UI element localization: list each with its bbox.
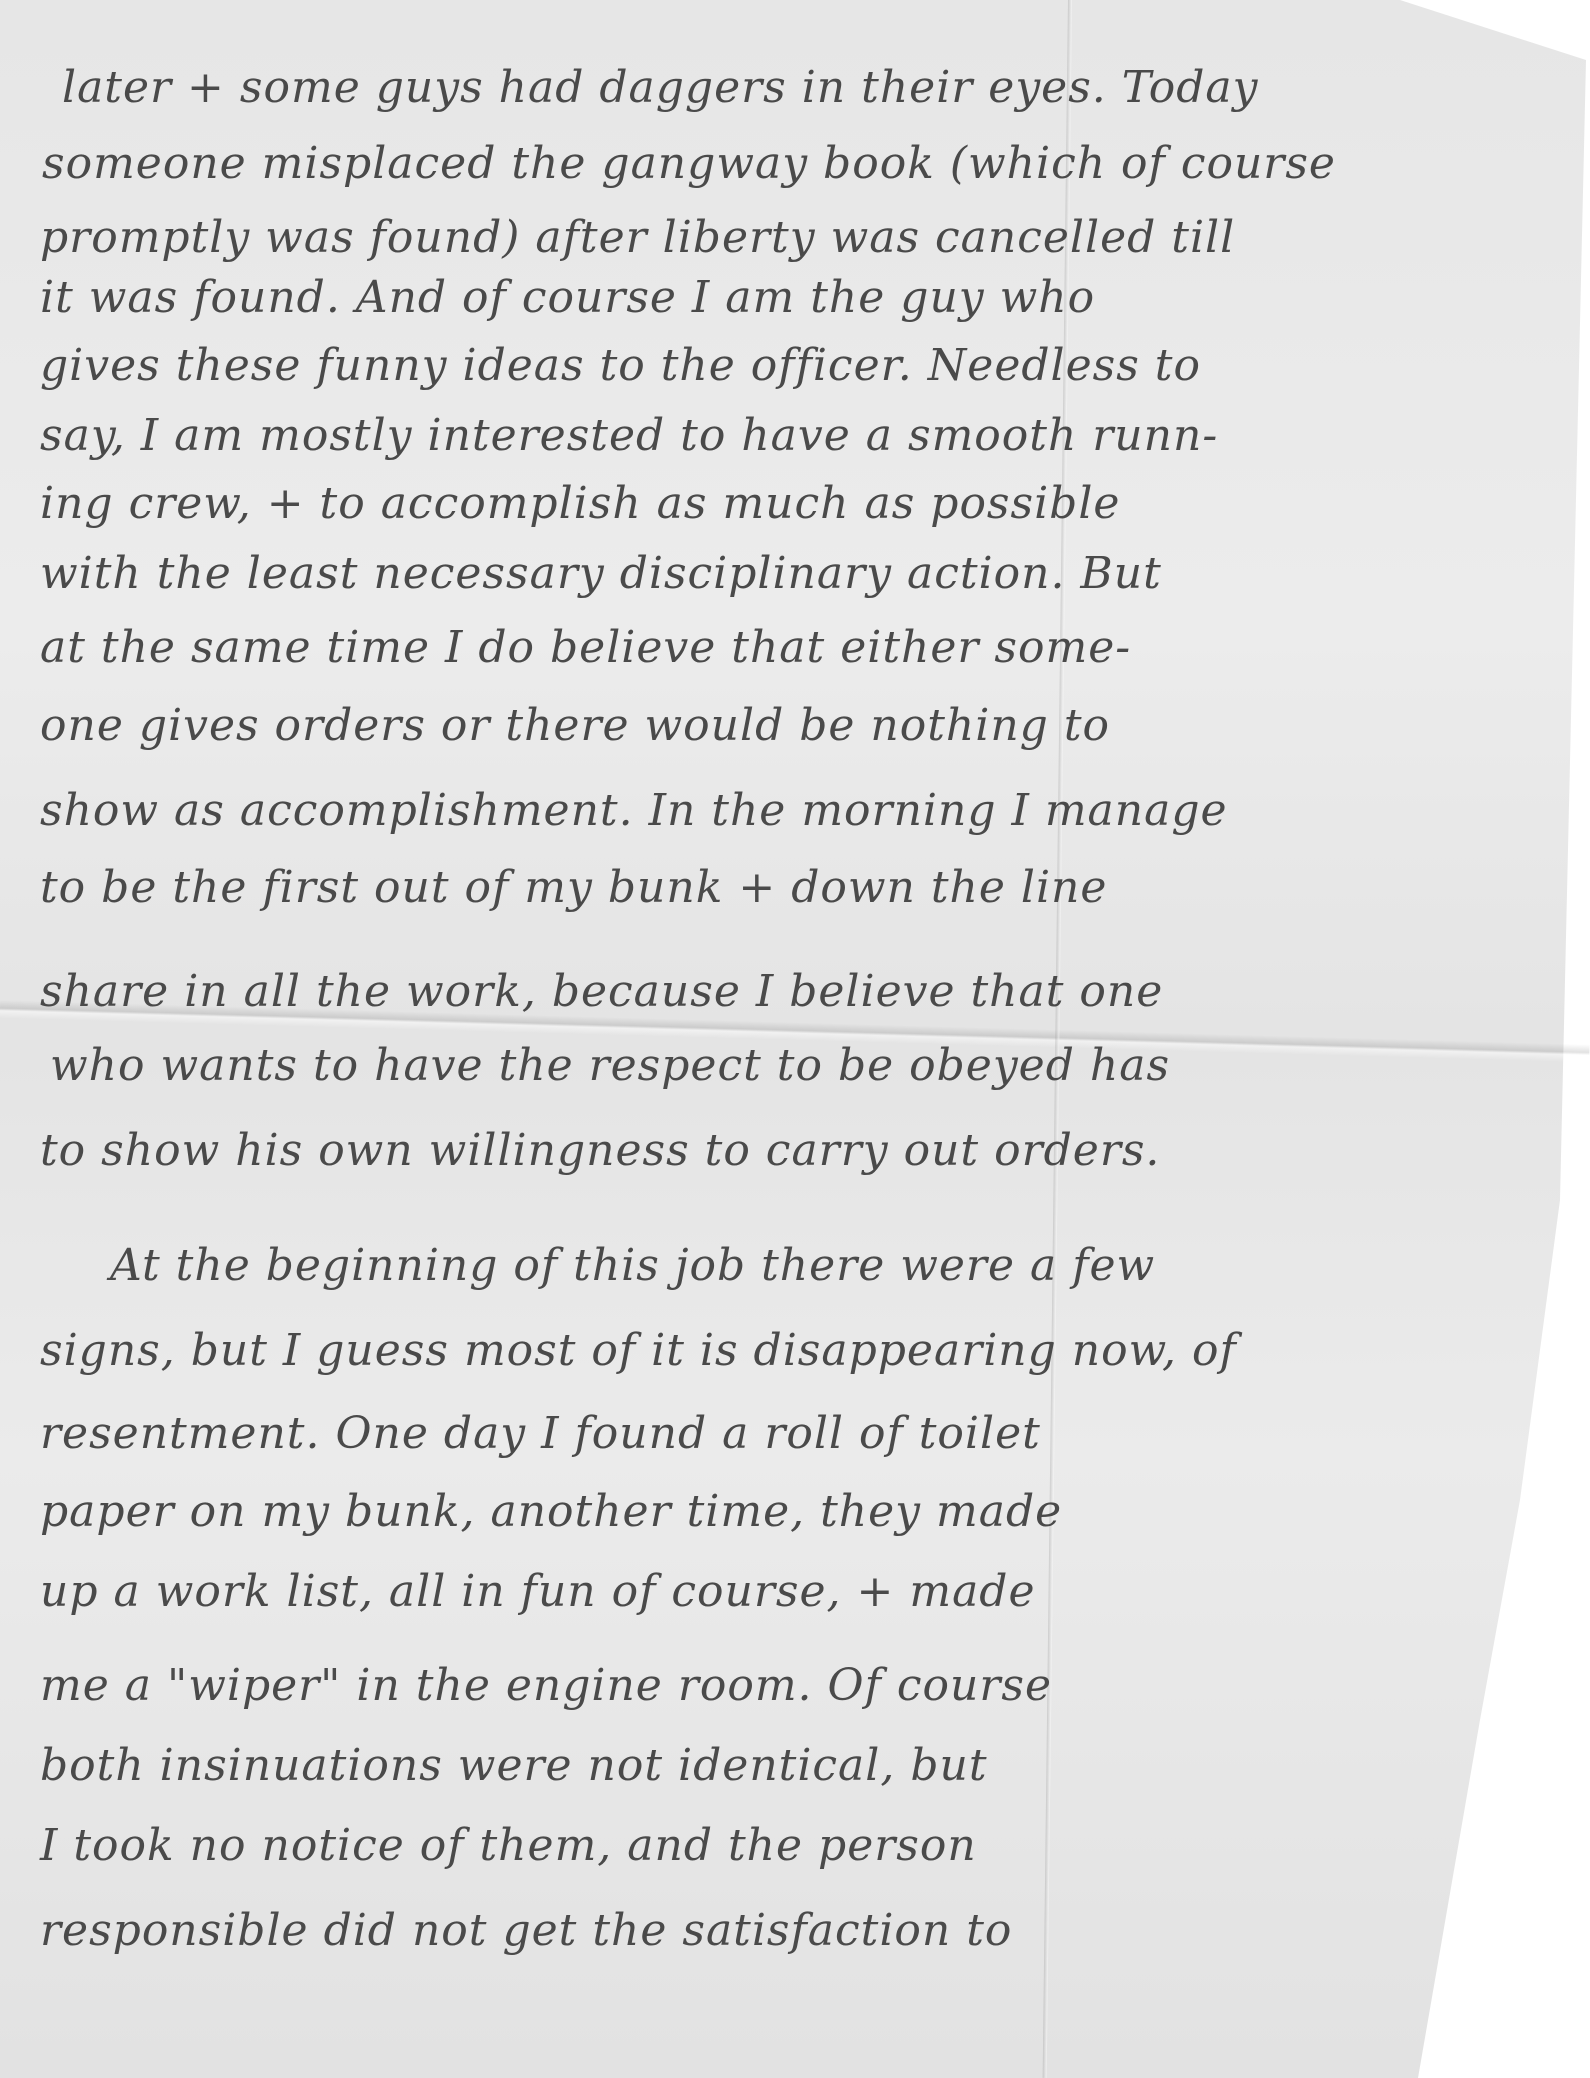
text-line: both insinuations were not identical, bu… [40, 1740, 988, 1791]
text-line: at the same time I do believe that eithe… [40, 622, 1131, 673]
text-line: who wants to have the respect to be obey… [50, 1040, 1170, 1091]
text-line: with the least necessary disciplinary ac… [40, 548, 1162, 599]
text-line: show as accomplishment. In the morning I… [40, 785, 1228, 836]
text-line: it was found. And of course I am the guy… [40, 272, 1095, 323]
text-line: later + some guys had daggers in their e… [62, 62, 1258, 113]
text-line: resentment. One day I found a roll of to… [40, 1408, 1041, 1459]
text-line: signs, but I guess most of it is disappe… [40, 1325, 1237, 1376]
text-line: say, I am mostly interested to have a sm… [40, 410, 1218, 461]
text-line: gives these funny ideas to the officer. … [40, 340, 1201, 391]
text-line: share in all the work, because I believe… [40, 966, 1163, 1017]
text-line: up a work list, all in fun of course, + … [40, 1566, 1036, 1617]
text-line: I took no notice of them, and the person [40, 1820, 977, 1871]
text-line: to show his own willingness to carry out… [40, 1125, 1160, 1176]
text-line: paper on my bunk, another time, they mad… [40, 1486, 1062, 1537]
text-line: someone misplaced the gangway book (whic… [42, 138, 1336, 189]
text-line: one gives orders or there would be nothi… [40, 700, 1110, 751]
text-line: to be the first out of my bunk + down th… [40, 862, 1107, 913]
text-line: responsible did not get the satisfaction… [40, 1905, 1012, 1956]
text-line: promptly was found) after liberty was ca… [40, 212, 1235, 263]
text-line: At the beginning of this job there were … [110, 1240, 1155, 1291]
text-line: me a "wiper" in the engine room. Of cour… [40, 1660, 1052, 1711]
text-line: ing crew, + to accomplish as much as pos… [40, 478, 1120, 529]
